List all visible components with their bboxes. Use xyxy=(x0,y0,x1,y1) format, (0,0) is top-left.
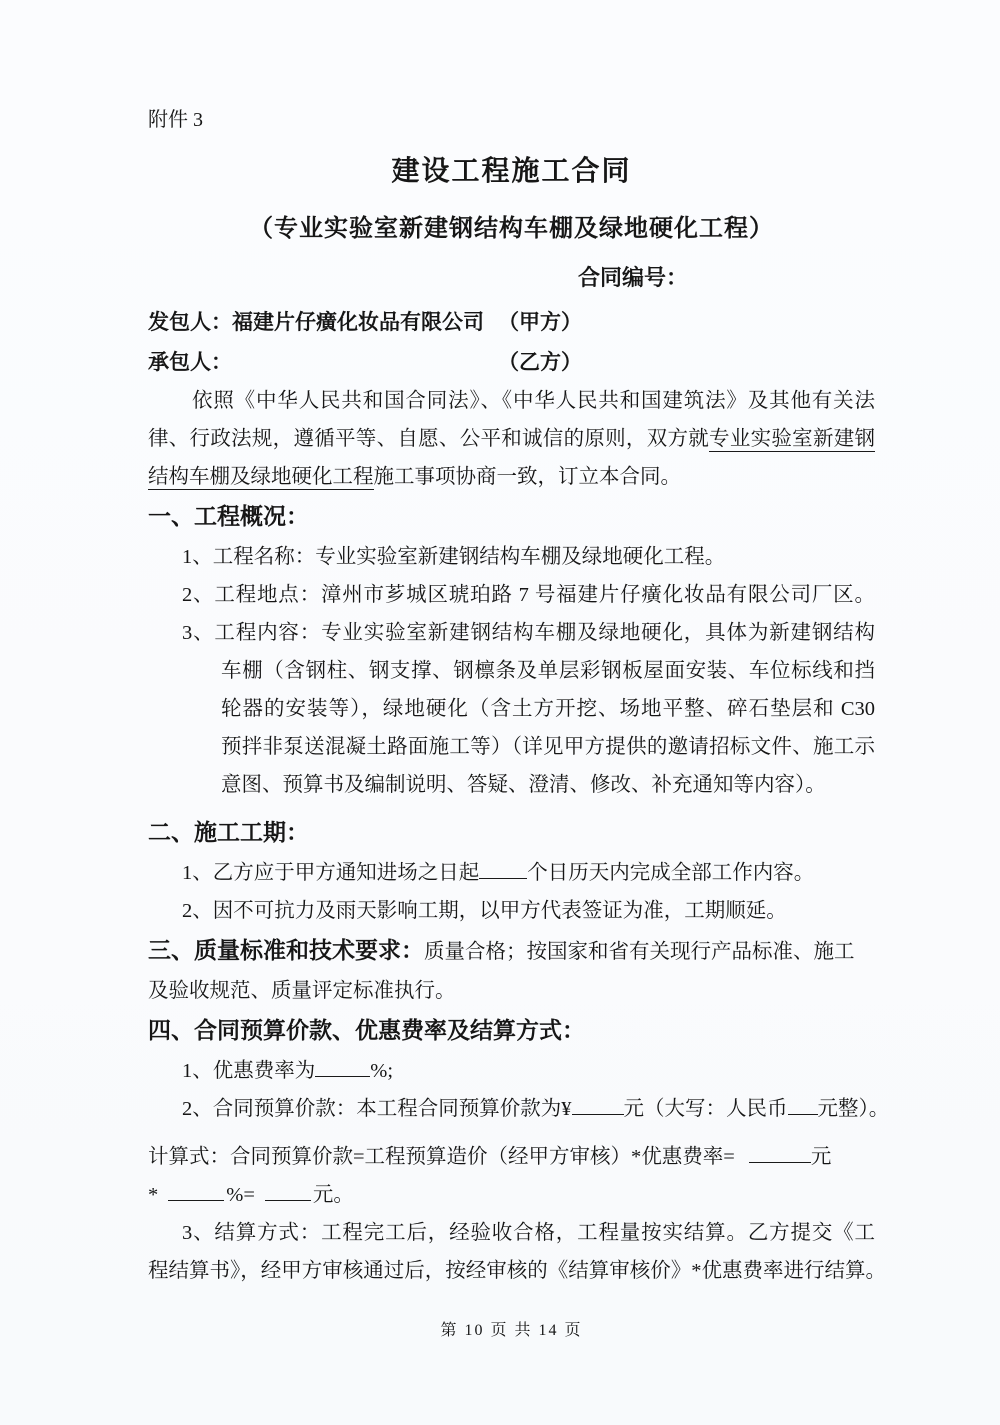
section4-heading: 四、合同预算价款、优惠费率及结算方式： xyxy=(148,1010,875,1052)
section1-item3-project-scope-line4: 预拌非泵送混凝土路面施工等）（详见甲方提供的邀请招标文件、施工示 xyxy=(148,728,875,766)
section1-heading: 一、工程概况： xyxy=(148,496,875,538)
contractor-line: 承包人： （乙方） xyxy=(148,342,875,382)
section2-item1-duration: 1、乙方应于甲方通知进场之日起个日历天内完成全部工作内容。 xyxy=(148,854,875,892)
blank-formula-amount xyxy=(749,1144,811,1163)
section4-formula-line2: *%=元。 xyxy=(148,1176,875,1214)
section2-heading: 二、施工工期： xyxy=(148,812,875,854)
section4-formula-post: 元 xyxy=(811,1146,832,1168)
section1-item1-project-name: 1、工程名称：专业实验室新建钢结构车棚及绿地硬化工程。 xyxy=(148,538,875,576)
section4-item2-contract-price: 2、合同预算价款：本工程合同预算价款为¥元（大写：人民币元整）。 xyxy=(148,1090,875,1128)
section1-item3-project-scope-line3: 轮器的安装等），绿地硬化（含土方开挖、场地平整、碎石垫层和 C30 xyxy=(148,690,875,728)
document-title: 建设工程施工合同 xyxy=(148,148,875,196)
blank-formula-result xyxy=(265,1182,311,1201)
page-number-footer: 第 10 页 共 14 页 xyxy=(148,1316,875,1346)
section4-item1-post: %; xyxy=(370,1060,393,1082)
employer-label: 发包人： xyxy=(148,310,232,334)
preamble-line-2-text: 律、行政法规，遵循平等、自愿、公平和诚信的原则，双方就 xyxy=(148,428,709,450)
section4-item2-post: 元整）。 xyxy=(818,1098,890,1120)
section3-heading: 三、质量标准和技术要求： xyxy=(148,938,424,963)
blank-price-figures xyxy=(572,1096,624,1115)
section4-formula2-mid: %= xyxy=(226,1184,255,1206)
preamble-line-3: 结构车棚及绿地硬化工程施工事项协商一致，订立本合同。 xyxy=(148,458,875,496)
blank-price-words xyxy=(788,1096,818,1115)
contractor-label: 承包人： xyxy=(148,350,232,374)
preamble-line-1: 依照《中华人民共和国合同法》、《中华人民共和国建筑法》及其他有关法 xyxy=(148,382,875,420)
section4-formula-pre: 计算式：合同预算价款=工程预算造价（经甲方审核）*优惠费率= xyxy=(148,1146,735,1168)
document-subtitle: （专业实验室新建钢结构车棚及绿地硬化工程） xyxy=(148,206,875,252)
contract-content: 附件 3 建设工程施工合同 （专业实验室新建钢结构车棚及绿地硬化工程） 合同编号… xyxy=(148,100,875,1346)
section4-item3-settlement-line2: 程结算书》，经甲方审核通过后，按经审核的《结算审核价》*优惠费率进行结算。 xyxy=(148,1252,875,1290)
section1-item3-project-scope-line5: 意图、预算书及编制说明、答疑、澄清、修改、补充通知等内容）。 xyxy=(148,766,875,804)
section4-formula2-pre: * xyxy=(148,1184,158,1206)
section4-item1-discount-rate: 1、优惠费率为%; xyxy=(148,1052,875,1090)
preamble-line-3-text: 施工事项协商一致，订立本合同。 xyxy=(374,466,682,488)
blank-formula-rate xyxy=(168,1182,224,1201)
employer-role: （甲方） xyxy=(498,302,582,342)
employer-name: 福建片仔癀化妆品有限公司 xyxy=(232,310,484,334)
section4-item1-pre: 1、优惠费率为 xyxy=(182,1060,315,1082)
contract-number-label: 合同编号： xyxy=(148,258,875,298)
section1-item3-project-scope-line1: 3、工程内容：专业实验室新建钢结构车棚及绿地硬化，具体为新建钢结构 xyxy=(148,614,875,652)
preamble-line-2: 律、行政法规，遵循平等、自愿、公平和诚信的原则，双方就专业实验室新建钢 xyxy=(148,420,875,458)
section2-item1-pre: 1、乙方应于甲方通知进场之日起 xyxy=(182,862,479,884)
section4-item3-settlement-line1: 3、结算方式：工程完工后，经验收合格，工程量按实结算。乙方提交《工 xyxy=(148,1214,875,1252)
section4-item2-pre: 2、合同预算价款：本工程合同预算价款为¥ xyxy=(182,1098,572,1120)
blank-calendar-days xyxy=(479,860,527,879)
section2-item2-force-majeure: 2、因不可抗力及雨天影响工期，以甲方代表签证为准，工期顺延。 xyxy=(148,892,875,930)
section2-item1-post: 个日历天内完成全部工作内容。 xyxy=(527,862,814,884)
section4-formula-line1: 计算式：合同预算价款=工程预算造价（经甲方审核）*优惠费率=元 xyxy=(148,1138,875,1176)
section4-item2-mid: 元（大写：人民币 xyxy=(624,1098,788,1120)
employer-line: 发包人：福建片仔癀化妆品有限公司 （甲方） xyxy=(148,302,875,342)
section3-body-line1: 质量合格；按国家和省有关现行产品标准、施工 xyxy=(424,941,855,963)
attachment-label: 附件 3 xyxy=(148,100,875,140)
section3-heading-line: 三、质量标准和技术要求：质量合格；按国家和省有关现行产品标准、施工 xyxy=(148,930,875,972)
section4-formula2-post: 元。 xyxy=(313,1184,354,1206)
scanned-contract-page: 附件 3 建设工程施工合同 （专业实验室新建钢结构车棚及绿地硬化工程） 合同编号… xyxy=(0,0,1000,1425)
section1-item2-project-location: 2、工程地点：漳州市芗城区琥珀路 7 号福建片仔癀化妆品有限公司厂区。 xyxy=(148,576,875,614)
section1-item3-project-scope-line2: 车棚（含钢柱、钢支撑、钢檩条及单层彩钢板屋面安装、车位标线和挡 xyxy=(148,652,875,690)
section3-body-line2: 及验收规范、质量评定标准执行。 xyxy=(148,972,875,1010)
contractor-role: （乙方） xyxy=(498,342,582,382)
preamble-underlined-project-name-part2: 结构车棚及绿地硬化工程 xyxy=(148,466,374,490)
blank-discount-rate xyxy=(315,1058,370,1077)
preamble-underlined-project-name-part1: 专业实验室新建钢 xyxy=(709,428,875,452)
